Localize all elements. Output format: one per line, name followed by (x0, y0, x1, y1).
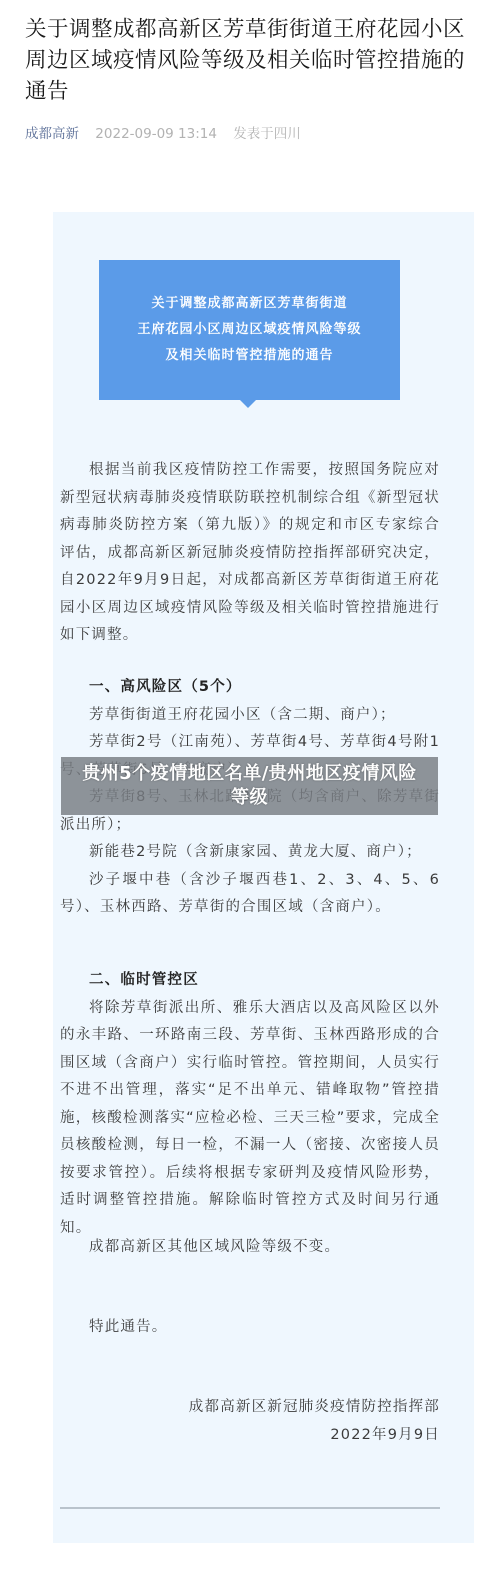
closing-note: 特此通告。 (60, 1314, 440, 1342)
control-text: 将除芳草街派出所、雅乐大酒店以及高风险区以外的永丰路、一环路南三段、芳草街、玉林… (60, 995, 440, 1243)
section-temporary-control: 二、临时管控区 将除芳草街派出所、雅乐大酒店以及高风险区以外的永丰路、一环路南三… (60, 967, 440, 1242)
notice-banner: 关于调整成都高新区芳草街街道 王府花园小区周边区域疫情风险等级 及相关临时管控措… (99, 260, 400, 400)
divider (60, 1507, 440, 1509)
risk-area-item: 沙子堰中巷（含沙子堰西巷1、2、3、4、5、6号）、玉林西路、芳草街的合围区域（… (60, 867, 440, 922)
risk-area-item: 芳草街街道王府花园小区（含二期、商户）； (60, 702, 440, 730)
banner-line: 关于调整成都高新区芳草街街道 (99, 291, 400, 317)
caption-overlay: 贵州5个疫情地区名单/贵州地区疫情风险等级 (61, 757, 438, 815)
closing-text: 成都高新区其他区域风险等级不变。 (60, 1234, 440, 1262)
overlay-caption: 贵州5个疫情地区名单/贵州地区疫情风险等级 (80, 762, 420, 810)
closing-text: 特此通告。 (60, 1314, 440, 1342)
banner-pointer-icon (240, 400, 256, 408)
section-heading: 二、临时管控区 (60, 967, 440, 995)
article-meta: 成都高新 2022-09-09 13:14 发表于四川 (25, 125, 301, 143)
section-heading: 一、高风险区（5个） (60, 674, 440, 702)
article-title: 关于调整成都高新区芳草街街道王府花园小区周边区域疫情风险等级及相关临时管控措施的… (25, 14, 475, 107)
signature-date: 2022年9月9日 (60, 1422, 440, 1450)
publish-location: 发表于四川 (233, 126, 301, 142)
risk-area-item: 新能巷2号院（含新康家园、黄龙大厦、商户）； (60, 839, 440, 867)
banner-line: 及相关临时管控措施的通告 (99, 343, 400, 369)
signature-block: 成都高新区新冠肺炎疫情防控指挥部 2022年9月9日 (60, 1394, 440, 1449)
banner-line: 王府花园小区周边区域疫情风险等级 (99, 317, 400, 343)
signature-org: 成都高新区新冠肺炎疫情防控指挥部 (60, 1394, 440, 1422)
closing-note: 成都高新区其他区域风险等级不变。 (60, 1234, 440, 1262)
intro-text: 根据当前我区疫情防控工作需要，按照国务院应对新型冠状病毒肺炎疫情联防联控机制综合… (60, 457, 440, 650)
intro-paragraph: 根据当前我区疫情防控工作需要，按照国务院应对新型冠状病毒肺炎疫情联防联控机制综合… (60, 457, 440, 650)
source-account-link[interactable]: 成都高新 (25, 126, 79, 142)
publish-time: 2022-09-09 13:14 (95, 126, 217, 142)
